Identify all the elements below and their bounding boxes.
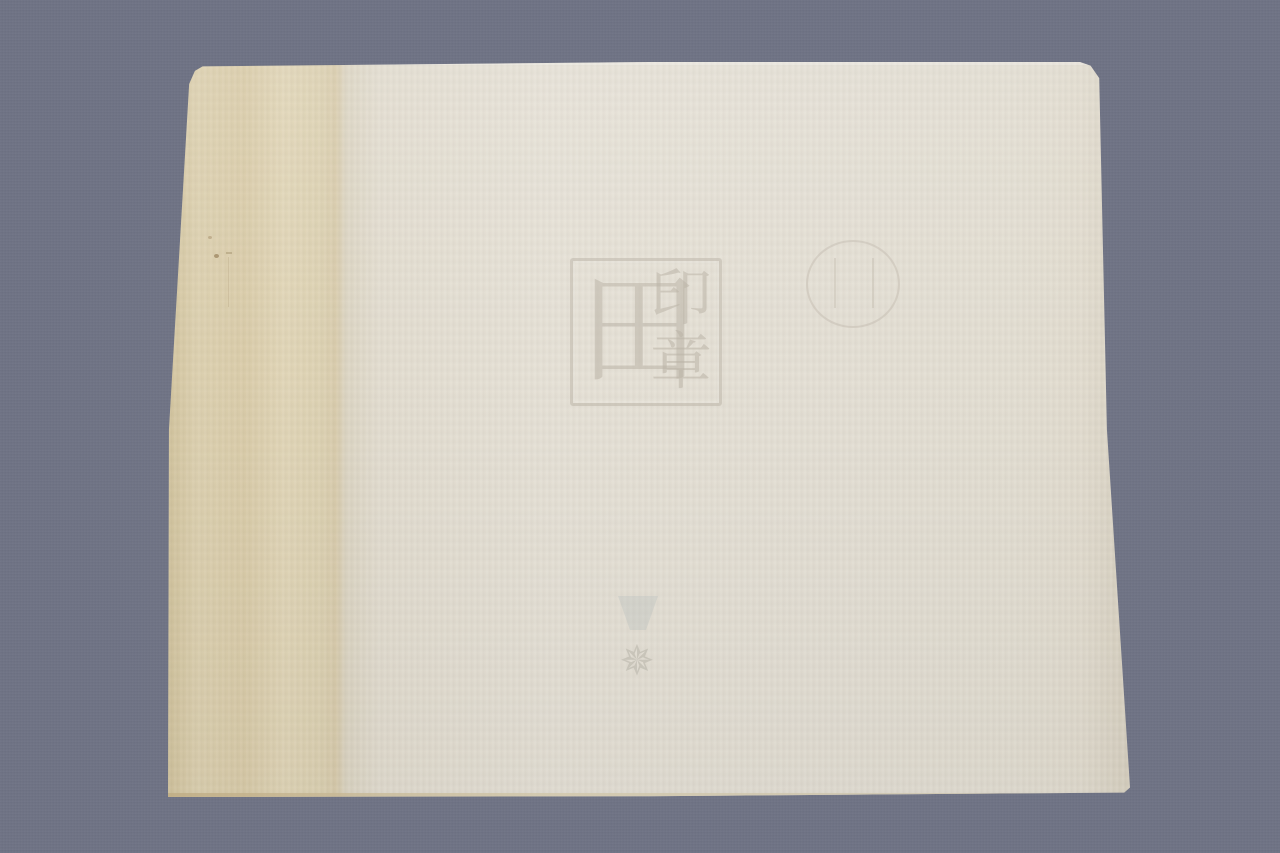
mark-shape bbox=[618, 596, 658, 630]
stain-mark bbox=[214, 254, 219, 258]
seal-character: 田 bbox=[579, 270, 645, 392]
scratch-mark bbox=[226, 252, 232, 254]
square-seal: 印 章 田 bbox=[570, 258, 722, 406]
round-seal bbox=[806, 240, 900, 328]
table-surface: 印 章 田 ✵ bbox=[0, 0, 1280, 853]
round-seal-inner bbox=[834, 258, 874, 308]
paper-top-edge bbox=[188, 62, 1100, 65]
mounting-strip bbox=[168, 62, 338, 797]
scratch-mark bbox=[228, 257, 229, 307]
star-icon: ✵ bbox=[614, 640, 660, 682]
stain-mark bbox=[208, 236, 212, 239]
bottom-mark: ✵ bbox=[614, 596, 660, 696]
paper-bottom-edge bbox=[168, 793, 1130, 797]
paper-sheet: 印 章 田 ✵ bbox=[168, 62, 1130, 797]
